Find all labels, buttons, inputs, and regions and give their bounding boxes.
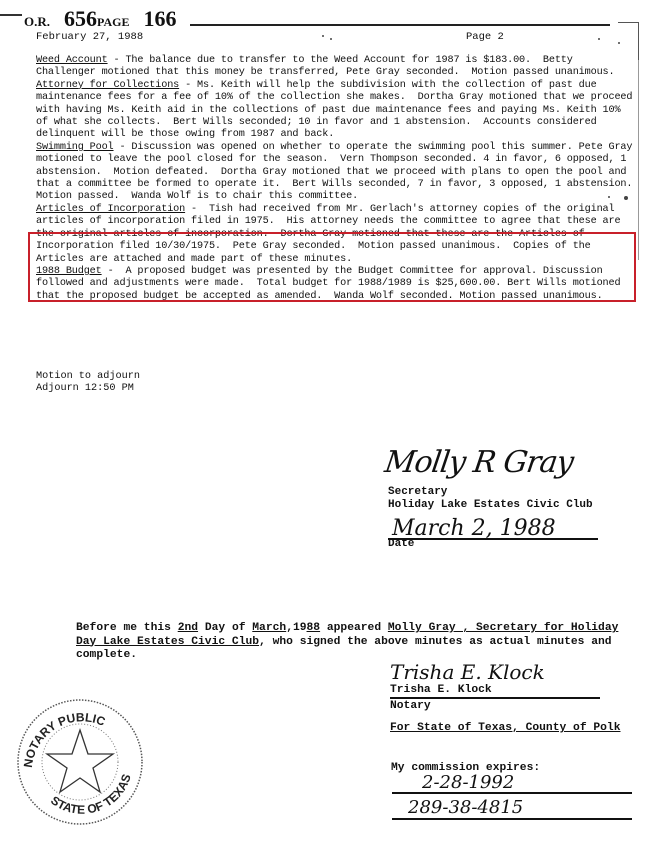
secretary-block: Secretary Holiday Lake Estates Civic Clu… <box>388 486 593 512</box>
minutes-page-number: Page 2 <box>466 31 504 43</box>
adjourn-motion: Motion to adjourn <box>36 371 140 383</box>
or-label: O.R. <box>24 14 50 29</box>
scanned-document-page: O.R. 656PAGE 166 February 27, 1988 Page … <box>0 0 650 841</box>
notary-signature: Trisha E. Klock <box>390 660 545 684</box>
secretary-organization: Holiday Lake Estates Civic Club <box>388 499 593 512</box>
ack-month: March <box>252 622 286 634</box>
secretary-title: Secretary <box>388 486 593 499</box>
notary-jurisdiction: For State of Texas, County of Polk <box>390 722 630 736</box>
notary-id-number: 289-38-4815 <box>408 797 523 818</box>
id-rule <box>392 818 632 820</box>
section-weed-account: Weed Account - The balance due to transf… <box>36 55 636 80</box>
notary-seal-icon: NOTARY PUBLIC STATE OF TEXAS <box>10 690 150 830</box>
notary-role: Notary <box>390 700 431 712</box>
record-stamp: O.R. 656PAGE 166 <box>24 6 176 32</box>
highlight-box-articles <box>28 232 636 302</box>
adjourn-block: Motion to adjourn Adjourn 12:50 PM <box>36 371 140 396</box>
volume-number: 656 <box>64 6 97 31</box>
commission-rule <box>392 792 632 794</box>
scan-speck <box>598 38 600 40</box>
scan-speck <box>322 35 324 37</box>
section-heading: Attorney for Collections <box>36 80 179 91</box>
header-rule <box>190 24 610 26</box>
ack-text: ,19 <box>286 622 306 634</box>
section-swimming-pool: Swimming Pool - Discussion was opened on… <box>36 142 636 204</box>
date-label: Date <box>388 538 414 550</box>
ack-text: appeared <box>320 622 388 634</box>
notary-acknowledgment: Before me this 2nd Day of March,1988 app… <box>76 622 636 663</box>
section-text: - The balance due to transfer to the Wee… <box>36 55 614 78</box>
date-rule <box>388 538 598 540</box>
scan-speck <box>618 42 620 44</box>
section-heading: Weed Account <box>36 55 108 66</box>
section-heading: Articles of Incorporation <box>36 204 185 215</box>
ack-text: Before me this <box>76 622 178 634</box>
page-label: PAGE <box>97 15 129 29</box>
minutes-date: February 27, 1988 <box>36 31 143 43</box>
commission-expiry-date: 2-28-1992 <box>422 772 514 793</box>
ack-day: 2nd <box>178 622 198 634</box>
notary-name: Trisha E. Klock <box>390 684 492 696</box>
ack-year: 88 <box>307 622 321 634</box>
page-edge <box>638 60 639 260</box>
adjourn-time: Adjourn 12:50 PM <box>36 383 140 395</box>
notary-name-rule <box>390 697 600 699</box>
margin-mark <box>0 14 22 16</box>
svg-text:STATE OF TEXAS: STATE OF TEXAS <box>48 772 134 817</box>
section-text: - Discussion was opened on whether to op… <box>36 142 644 203</box>
page-number: 166 <box>143 6 176 31</box>
section-attorney-for-collections: Attorney for Collections - Ms. Keith wil… <box>36 80 636 142</box>
secretary-signature: Molly R Gray <box>383 445 576 480</box>
svg-text:NOTARY PUBLIC: NOTARY PUBLIC <box>21 710 108 768</box>
scan-speck <box>624 196 628 200</box>
scan-speck <box>608 196 610 198</box>
section-heading: Swimming Pool <box>36 142 114 153</box>
ack-text: Day of <box>198 622 252 634</box>
scan-speck <box>330 38 332 40</box>
